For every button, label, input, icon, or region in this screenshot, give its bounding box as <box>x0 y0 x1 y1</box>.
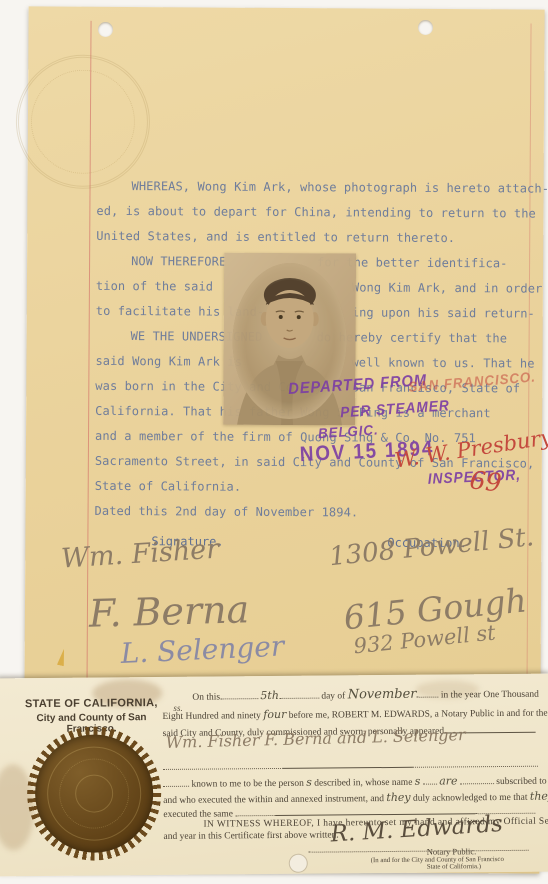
typed-line: Dated this 2nd day of November 1894. <box>94 504 542 527</box>
notary-title: Notary Public. <box>427 846 477 856</box>
typed-line: WHEREAS, Wong Kim Ark, whose photograph … <box>96 179 548 202</box>
printed-text: before me, ROBERT M. EDWARDS, a Notary P… <box>289 709 548 721</box>
notary-sheet: STATE OF CALIFORNIA, City and County of … <box>0 674 548 877</box>
notary-form-line: Eight Hundred and ninety four before me,… <box>162 706 547 722</box>
printed-text: known to me to be the person <box>191 779 303 790</box>
printed-text: duly acknowledged to me that <box>413 793 528 804</box>
typed-line: ed, is about to depart for China, intend… <box>96 204 544 227</box>
typed-text: well known to us. That he <box>351 355 534 370</box>
printed-text: and who executed the within and annexed … <box>163 794 384 806</box>
typed-text: United States, and is entitled to return… <box>96 229 455 245</box>
typed-text: WHEREAS, Wong Kim Ark, whose photograph … <box>132 179 548 196</box>
inspector-number: 69 <box>468 465 503 497</box>
witness-signature: Wm. Fisher <box>60 534 220 575</box>
printed-text: Eight Hundred and ninety <box>162 711 261 722</box>
notary-fine-print: State of California.) <box>427 863 481 870</box>
witness-clause-line: and year in this Certificate first above… <box>163 830 338 842</box>
typed-text: NOW THEREFORE <box>131 254 226 269</box>
printed-text: subscribed to <box>496 777 546 787</box>
bottom-punch-hole <box>289 854 308 873</box>
handwritten-year: four <box>263 708 286 721</box>
document-scan: WHEREAS, Wong Kim Ark, whose photograph … <box>0 0 548 884</box>
handwritten-they: they <box>530 790 548 803</box>
punch-hole-left <box>98 22 113 37</box>
printed-text: executed the same <box>163 809 233 820</box>
typed-text: ed, is about to depart for China, intend… <box>96 204 536 221</box>
witness-signature: F. Berna <box>88 587 250 636</box>
typed-text: ing upon his said return- <box>352 305 535 320</box>
typed-text: tion of the said <box>96 279 213 294</box>
handwritten-plural: s <box>415 775 421 788</box>
printed-text: in the year One Thousand <box>441 690 539 701</box>
printed-text: and year in this Certificate first above… <box>163 830 338 842</box>
printed-text: Notary Public. <box>427 846 477 856</box>
notary-form-line: On this 5th day of November in the year … <box>192 686 539 704</box>
portrait-photo <box>223 253 356 426</box>
seal-ring <box>75 774 113 812</box>
handwritten-day: 5th <box>260 689 279 702</box>
handwritten-they: they <box>386 791 410 804</box>
embossed-seal <box>16 54 151 189</box>
punch-hole-right <box>418 20 433 35</box>
printed-text: State of California.) <box>427 863 481 870</box>
typed-line: United States, and is entitled to return… <box>96 229 544 252</box>
witness-signature: L. Selenger <box>120 629 285 670</box>
printed-text: described in, whose name <box>314 778 412 789</box>
witness-address: 1308 Powell St. <box>328 522 536 572</box>
notary-form-line: and who executed the within and annexed … <box>163 790 548 806</box>
typed-text: Dated this 2nd day of November 1894. <box>95 504 359 520</box>
gold-mark <box>57 648 67 666</box>
gold-notary-seal <box>27 726 162 861</box>
printed-text: On this <box>192 692 220 702</box>
notary-form-line: known to me to be the person s described… <box>163 774 547 790</box>
notary-state-line: STATE OF CALIFORNIA, <box>11 697 171 710</box>
typed-text: State of California. <box>95 479 242 494</box>
typed-text: said Wong Kim Ark is <box>95 354 242 369</box>
portrait-photo-image <box>223 253 356 426</box>
handwritten-plural: s <box>306 776 312 789</box>
dotted-separator <box>163 758 538 773</box>
printed-text: day of <box>321 691 345 701</box>
typed-text: Wong Kim Ark, and in order <box>352 280 543 295</box>
handwritten-are: are <box>439 774 457 787</box>
handwritten-month: November <box>348 687 417 703</box>
